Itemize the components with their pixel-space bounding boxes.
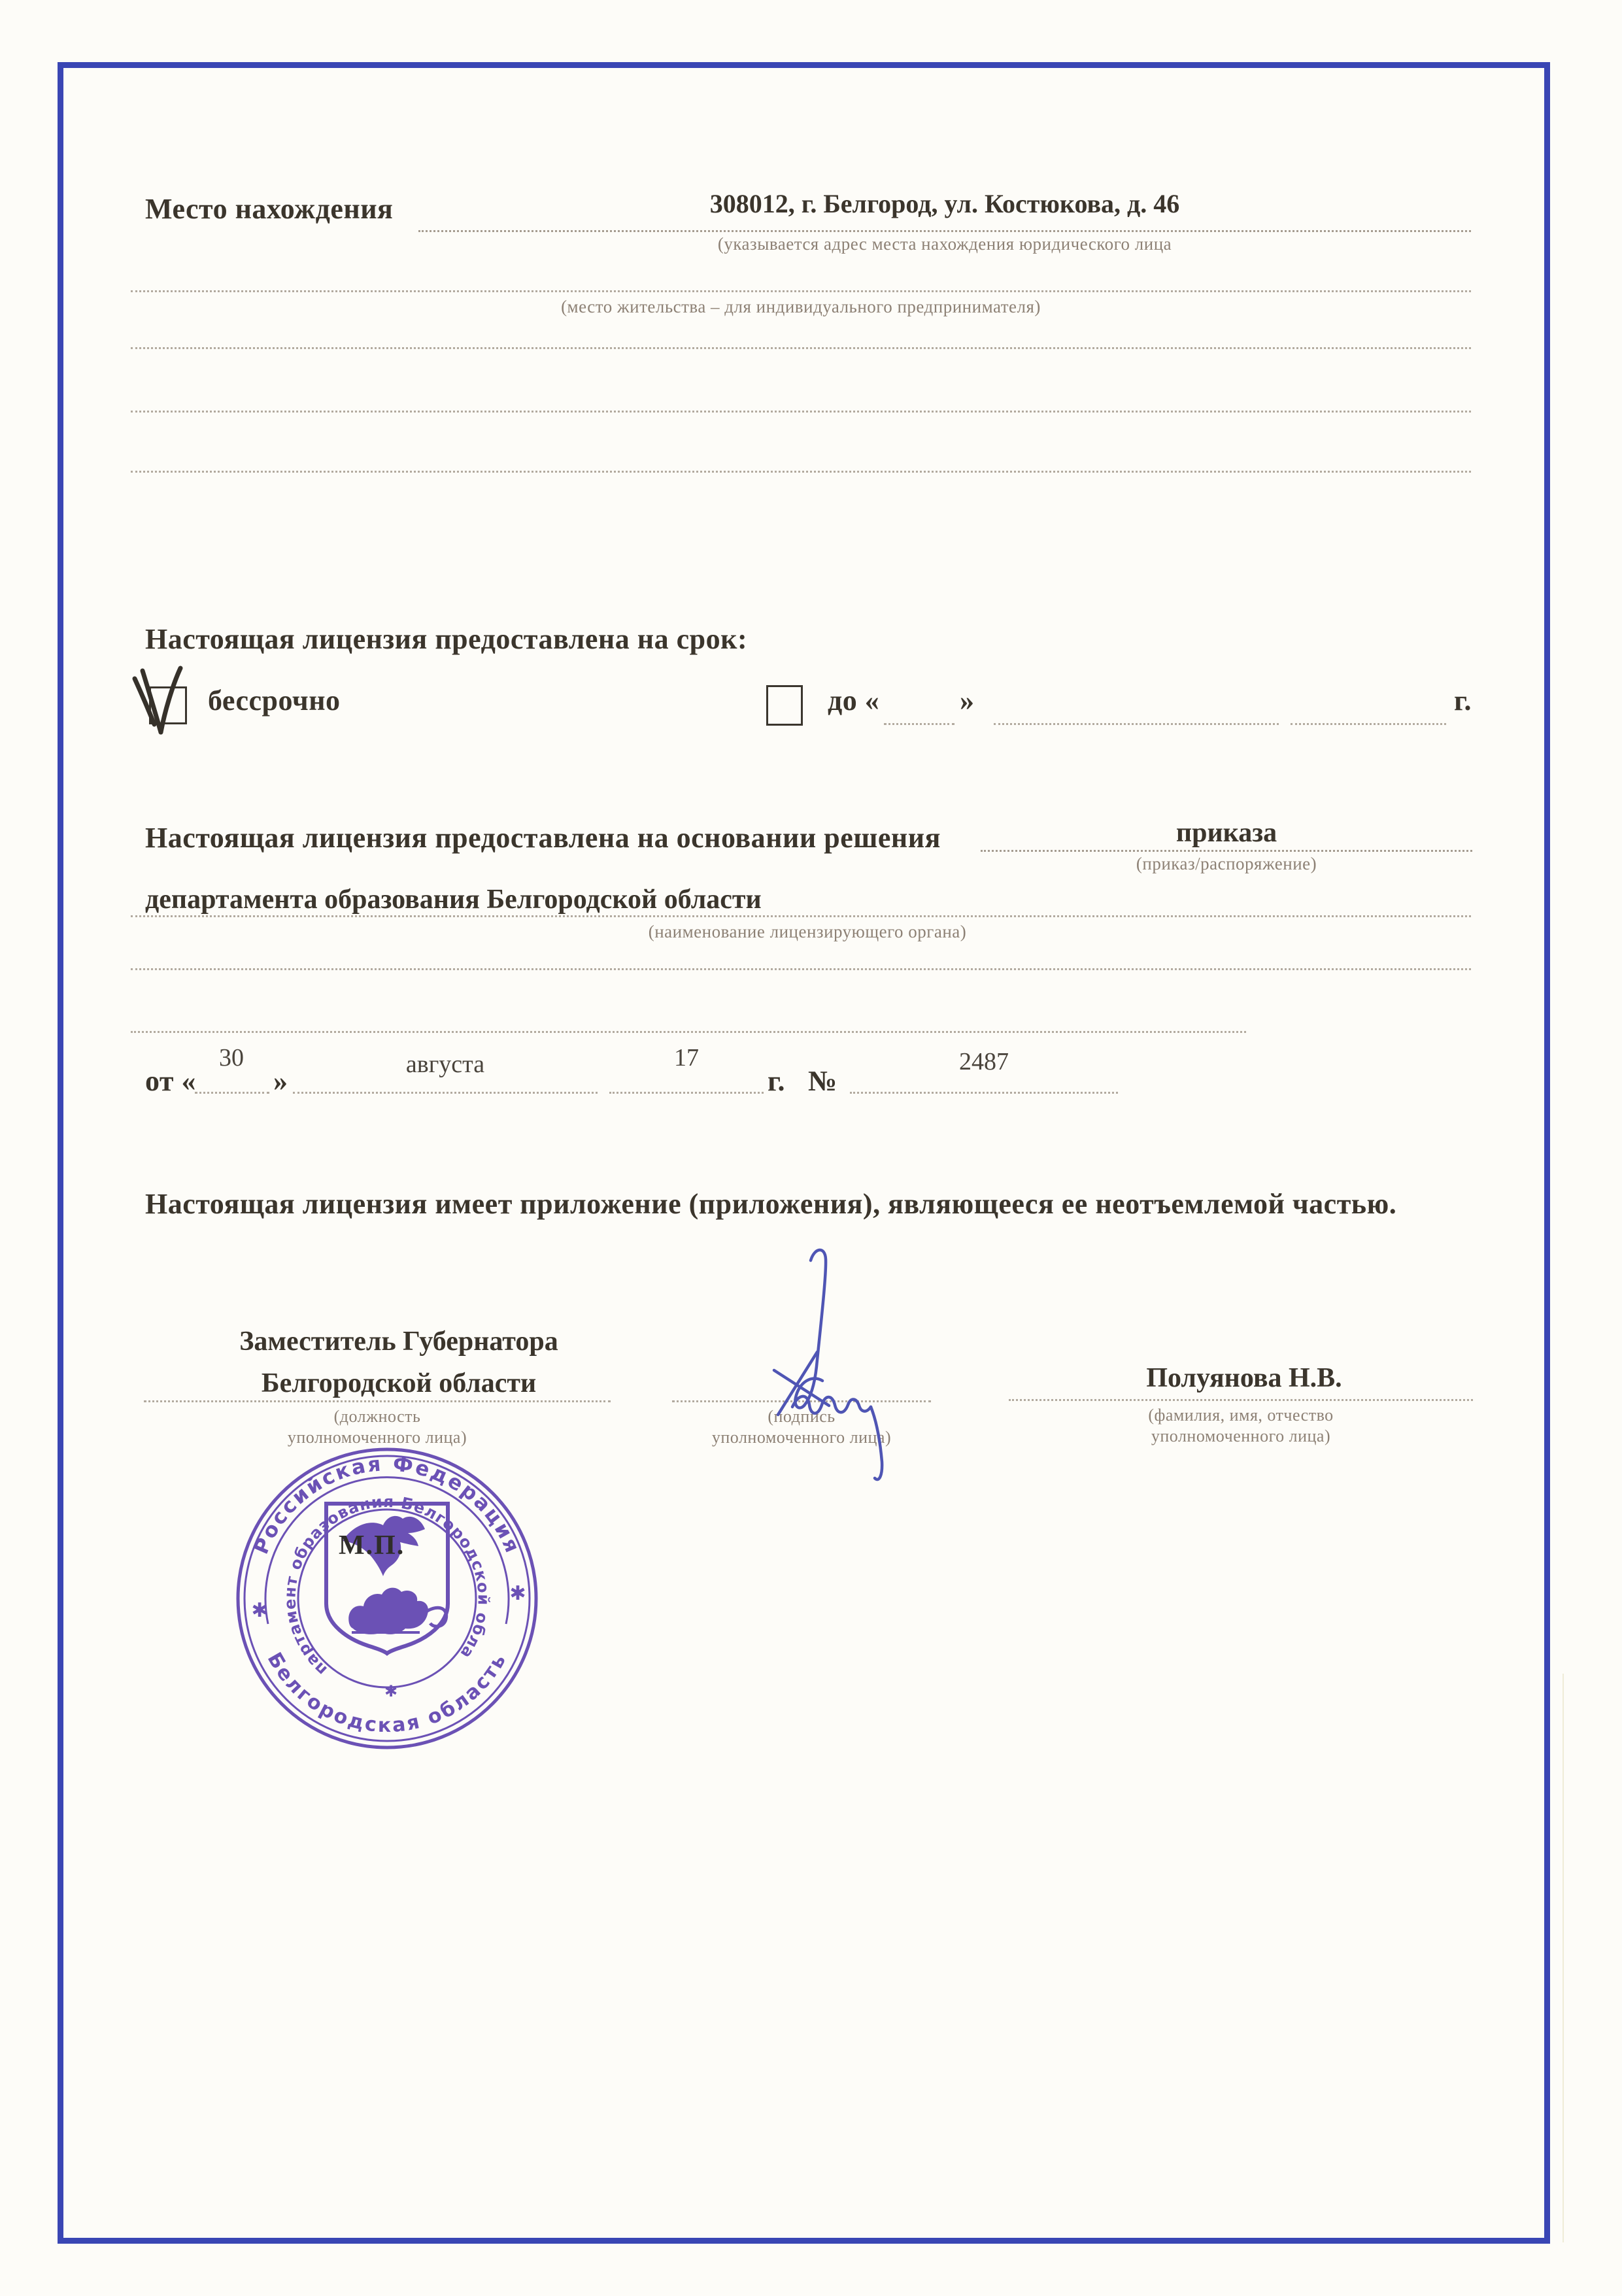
license-document-page: Место нахождения 308012, г. Белгород, ул… — [0, 0, 1622, 2296]
basis-heading: Настоящая лицензия предоставлена на осно… — [145, 821, 941, 854]
blank-line-1 — [131, 347, 1471, 349]
basis-value-line: приказа — [981, 817, 1472, 852]
location-value-line: 308012, г. Белгород, ул. Костюкова, д. 4… — [418, 188, 1471, 232]
term-until-line-a — [994, 723, 1279, 725]
document-blue-frame — [58, 62, 1550, 2244]
location-hint-1: (указывается адрес места нахождения юрид… — [418, 234, 1471, 254]
authority-line — [131, 915, 1471, 917]
date-year-suffix: г. — [768, 1064, 785, 1098]
official-stamp-icon: Российская Федерация Белгородская област… — [233, 1445, 541, 1752]
date-close-quote: » — [273, 1064, 288, 1098]
name-hint-line2: уполномоченного лица) — [1009, 1427, 1473, 1446]
term-until-suffix: г. — [1454, 684, 1472, 717]
signatory-name: Полуянова Н.В. — [1010, 1362, 1478, 1394]
date-number-sign: № — [808, 1064, 837, 1098]
date-month-value: августа — [293, 1050, 598, 1079]
name-hint-line1: (фамилия, имя, отчество — [1009, 1406, 1473, 1425]
authority-value: департамента образования Белгородской об… — [145, 884, 762, 915]
signatory-position-line1: Заместитель Губернатора — [157, 1326, 641, 1357]
date-year-value: 17 — [609, 1043, 764, 1072]
location-label: Место нахождения — [145, 192, 393, 226]
stamp-separator-left: ✱ — [251, 1599, 267, 1622]
authority-hint: (наименование лицензирующего органа) — [458, 922, 1157, 942]
name-line — [1009, 1399, 1473, 1401]
date-month-line — [293, 1092, 598, 1094]
date-day-line — [195, 1092, 269, 1094]
signature-ink — [751, 1242, 921, 1485]
stamp-separator-right: ✱ — [509, 1582, 526, 1605]
check-icon — [128, 659, 200, 744]
blank-line-5 — [131, 1031, 1246, 1033]
term-heading: Настоящая лицензия предоставлена на срок… — [145, 622, 747, 656]
stamp-lion-icon — [348, 1588, 428, 1634]
location-hint-2: (место жительства – для индивидуального … — [131, 297, 1471, 317]
term-until-checkbox — [766, 685, 803, 726]
blank-line-3 — [131, 471, 1471, 473]
term-until-day-line — [884, 723, 955, 725]
paper-crease — [1563, 1674, 1564, 2242]
blank-line-4 — [131, 968, 1471, 970]
stamp-separator-bottom: ✱ — [384, 1682, 397, 1700]
basis-hint: (приказ/распоряжение) — [981, 854, 1472, 874]
basis-value: приказа — [1176, 818, 1277, 848]
stamp-place-label: М.П. — [339, 1530, 405, 1561]
term-until-close-quote: » — [960, 684, 975, 717]
date-year-line — [609, 1092, 764, 1094]
position-line — [144, 1400, 611, 1402]
appendix-note: Настоящая лицензия имеет приложение (при… — [145, 1187, 1396, 1221]
blank-line-2 — [131, 411, 1471, 413]
term-until-line-b — [1291, 723, 1446, 725]
location-value: 308012, г. Белгород, ул. Костюкова, д. 4… — [710, 189, 1180, 218]
position-hint-line1: (должность — [144, 1407, 611, 1427]
date-number-line — [850, 1092, 1118, 1094]
date-number-value: 2487 — [850, 1047, 1118, 1076]
date-day-value: 30 — [194, 1043, 269, 1072]
location-blank-line — [131, 290, 1471, 292]
term-until-prefix: до « — [828, 684, 879, 717]
date-prefix: от « — [145, 1064, 196, 1098]
signatory-position-line2: Белгородской области — [157, 1368, 641, 1399]
term-indefinite-label: бессрочно — [208, 684, 341, 717]
